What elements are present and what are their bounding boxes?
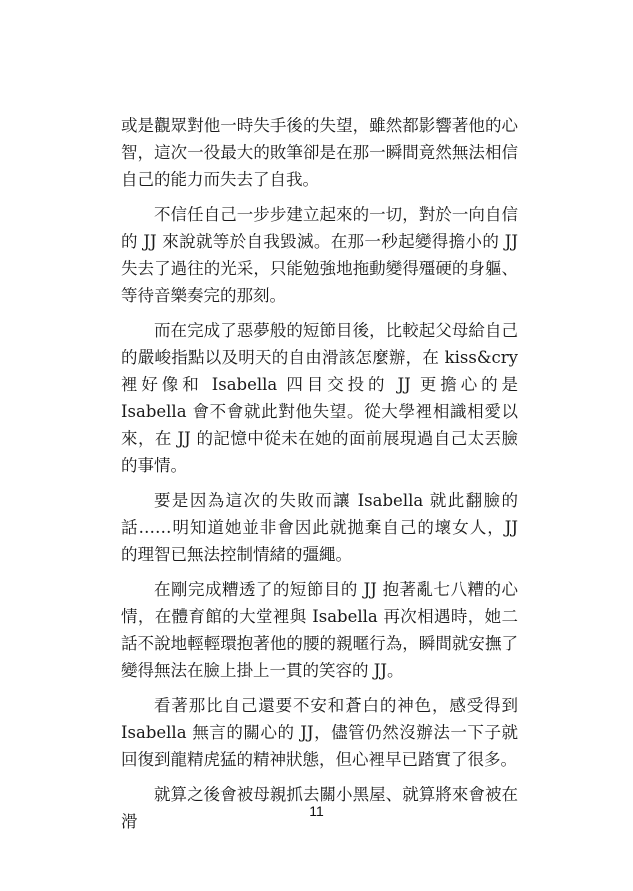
paragraph: 看著那比自己還要不安和蒼白的神色，感受得到 Isabella 無言的關心的 JJ… (121, 692, 518, 773)
page-number: 11 (0, 803, 633, 819)
paragraph: 而在完成了惡夢般的短節目後，比較起父母給自己的嚴峻指點以及明天的自由滑該怎麼辦，… (121, 317, 518, 479)
paragraph: 在剛完成糟透了的短節目的 JJ 抱著亂七八糟的心情，在體育館的大堂裡與 Isab… (121, 576, 518, 684)
paragraph: 或是觀眾對他一時失手後的失望，雖然都影響著他的心智，這次一役最大的敗筆卻是在那一… (121, 112, 518, 193)
document-page: 或是觀眾對他一時失手後的失望，雖然都影響著他的心智，這次一役最大的敗筆卻是在那一… (0, 0, 633, 891)
body-text: 或是觀眾對他一時失手後的失望，雖然都影響著他的心智，這次一役最大的敗筆卻是在那一… (121, 112, 518, 843)
paragraph: 要是因為這次的失敗而讓 Isabella 就此翻臉的話……明知道她並非會因此就拋… (121, 487, 518, 568)
paragraph: 不信任自己一步步建立起來的一切，對於一向自信的 JJ 來說就等於自我毀滅。在那一… (121, 201, 518, 309)
